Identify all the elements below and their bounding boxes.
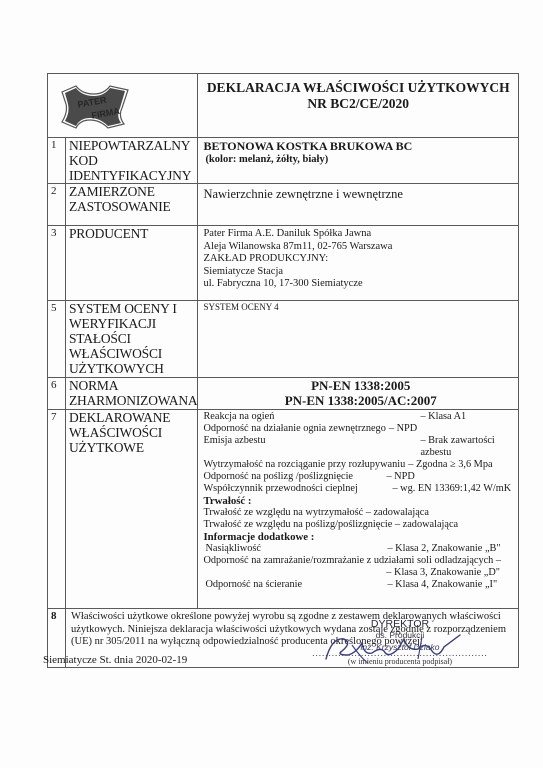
logo-cell: PATER FIRMA — [48, 74, 198, 138]
title-line-1: DEKLARACJA WŁAŚCIWOŚCI UŻYTKOWYCH — [198, 80, 518, 96]
durability-line: Trwałość ze względu na wytrzymałość – za… — [203, 507, 518, 519]
producer-line: Siemiatycze Stacja — [203, 266, 518, 279]
property-value: – NPD — [386, 423, 417, 435]
property-value: – Klasa A1 — [378, 411, 518, 423]
title-line-2: NR BC2/CE/2020 — [198, 96, 518, 112]
property-row: Współczynnik przewodności cieplnej – wg.… — [203, 483, 518, 495]
property-row: Emisja azbestu – Brak zawartości azbestu — [203, 435, 518, 459]
property-row: Reakcja na ogień – Klasa A1 — [203, 411, 518, 423]
handwritten-signature-icon — [322, 629, 472, 669]
additional-info-heading: Informacje dodatkowe : — [203, 531, 518, 543]
row-number: 2 — [48, 184, 66, 226]
row-number: 7 — [48, 410, 66, 609]
table-row: 2 ZAMIERZONE ZASTOSOWANIE Nawierzchnie z… — [48, 184, 519, 226]
producer-line: ZAKŁAD PRODUKCYJNY: — [203, 253, 518, 266]
property-name: Wytrzymałość na rozciąganie przy rozłupy… — [203, 459, 405, 471]
row-value: Nawierzchnie zewnętrzne i wewnętrzne — [198, 184, 519, 226]
document-title: DEKLARACJA WŁAŚCIWOŚCI UŻYTKOWYCH NR BC2… — [198, 74, 519, 138]
property-name: Współczynnik przewodności cieplnej — [203, 483, 378, 495]
document-page: PATER FIRMA DEKLARACJA WŁAŚCIWOŚCI UŻYTK… — [0, 0, 543, 768]
table-row: 6 NORMA ZHARMONIZOWANA PN-EN 1338:2005 P… — [48, 378, 519, 410]
row-number: 5 — [48, 301, 66, 378]
property-value: – wg. EN 13369:1,42 W/mK — [378, 483, 518, 495]
property-value: – Brak zawartości azbestu — [378, 435, 518, 459]
table-row: 1 NIEPOWTARZALNY KOD IDENTYFIKACYJNY BET… — [48, 138, 519, 184]
table-row: 3 PRODUCENT Pater Firma A.E. Daniluk Spó… — [48, 226, 519, 301]
property-row: Odporność na działanie ognia zewnętrzneg… — [203, 423, 518, 435]
property-row: Wytrzymałość na rozciąganie przy rozłupy… — [203, 459, 518, 471]
product-name: BETONOWA KOSTKA BRUKOWA BC — [203, 138, 518, 153]
row-label: NORMA ZHARMONIZOWANA — [66, 378, 198, 410]
property-name: Reakcja na ogień — [203, 411, 378, 423]
harmonized-standard: PN-EN 1338:2005 — [203, 378, 518, 393]
property-name: Odporność na ścieranie — [203, 579, 365, 591]
row-label: NIEPOWTARZALNY KOD IDENTYFIKACYJNY — [66, 138, 198, 184]
property-row: Odporność na poślizg /poślizgnięcie – NP… — [203, 471, 518, 483]
property-value: – Klasa 2, Znakowanie „B" — [365, 543, 518, 555]
durability-line: Trwałość ze względu na poślizg/poślizgni… — [203, 519, 518, 531]
row-value: PN-EN 1338:2005 PN-EN 1338:2005/AC:2007 — [198, 378, 519, 410]
row-label: DEKLAROWANE WŁAŚCIWOŚCI UŻYTKOWE — [66, 410, 198, 609]
table-row: 5 SYSTEM OCENY I WERYFIKACJI STAŁOŚCI WŁ… — [48, 301, 519, 378]
place-and-date: Siemiatycze St. dnia 2020-02-19 — [43, 654, 187, 666]
table-row: 7 DEKLAROWANE WŁAŚCIWOŚCI UŻYTKOWE Reakc… — [48, 410, 519, 609]
durability-heading: Trwałość : — [203, 495, 518, 507]
declaration-table: PATER FIRMA DEKLARACJA WŁAŚCIWOŚCI UŻYTK… — [47, 73, 519, 668]
producer-line: Aleja Wilanowska 87m11, 02-765 Warszawa — [203, 241, 518, 254]
harmonized-standard-amendment: PN-EN 1338:2005/AC:2007 — [203, 393, 518, 408]
row-label: SYSTEM OCENY I WERYFIKACJI STAŁOŚCI WŁAŚ… — [66, 301, 198, 378]
property-name: Odporność na działanie ognia zewnętrzneg… — [203, 423, 385, 435]
row-number: 3 — [48, 226, 66, 301]
pater-firma-logo-icon: PATER FIRMA — [58, 82, 132, 130]
row-number: 1 — [48, 138, 66, 184]
row-value: Pater Firma A.E. Daniluk Spółka Jawna Al… — [198, 226, 519, 301]
row-label: ZAMIERZONE ZASTOSOWANIE — [66, 184, 198, 226]
assessment-system: SYSTEM OCENY 4 — [203, 301, 518, 314]
property-name: Odporność na zamrażanie/rozmrażanie z ud… — [203, 555, 518, 567]
additional-row: Nasiąkliwość – Klasa 2, Znakowanie „B" — [203, 543, 518, 555]
property-name: Nasiąkliwość — [203, 543, 365, 555]
producer-line: ul. Fabryczna 10, 17-300 Siemiatycze — [203, 278, 518, 291]
property-name: Emisja azbestu — [203, 435, 378, 459]
producer-line: Pater Firma A.E. Daniluk Spółka Jawna — [203, 228, 518, 241]
property-value: – NPD — [378, 471, 518, 483]
product-colors: (kolor: melanż, żółty, biały) — [203, 153, 518, 166]
row-value: SYSTEM OCENY 4 — [198, 301, 519, 378]
row-number: 6 — [48, 378, 66, 410]
intended-use: Nawierzchnie zewnętrzne i wewnętrzne — [203, 184, 518, 201]
header-row: PATER FIRMA DEKLARACJA WŁAŚCIWOŚCI UŻYTK… — [48, 74, 519, 138]
row-label: PRODUCENT — [66, 226, 198, 301]
row-value: Reakcja na ogień – Klasa A1 Odporność na… — [198, 410, 519, 609]
property-value: – Zgodna ≥ 3,6 Mpa — [405, 459, 492, 471]
row-value: BETONOWA KOSTKA BRUKOWA BC (kolor: melan… — [198, 138, 519, 184]
additional-row: Odporność na ścieranie – Klasa 4, Znakow… — [203, 579, 518, 591]
property-name: Odporność na poślizg /poślizgnięcie — [203, 471, 378, 483]
property-value: – Klasa 4, Znakowanie „I" — [365, 579, 518, 591]
property-value: – Klasa 3, Znakowanie „D" — [203, 567, 518, 579]
